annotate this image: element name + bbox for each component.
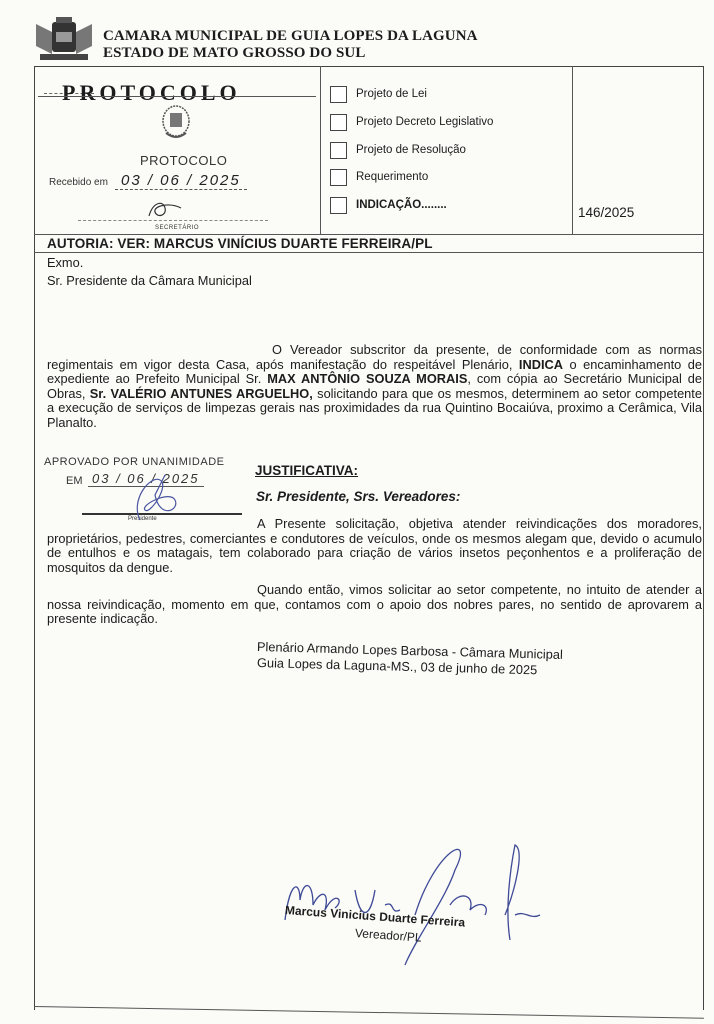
indication-paragraph: O Vereador subscritor da presente, de co… <box>47 343 702 431</box>
checkbox[interactable] <box>330 197 347 214</box>
justification-paragraph-2: Quando então, vimos solicitar ao setor c… <box>47 583 702 627</box>
addressee-line-2: Sr. Presidente da Câmara Municipal <box>47 274 252 289</box>
autoria: AUTORIA: VER: MARCUS VINÍCIUS DUARTE FER… <box>47 236 433 251</box>
checkbox[interactable] <box>330 86 347 103</box>
checkbox[interactable] <box>330 169 347 186</box>
emphasized-text: Sr. VALÉRIO ANTUNES ARGUELHO, <box>90 386 313 401</box>
header-line-1: CAMARA MUNICIPAL DE GUIA LOPES DA LAGUNA <box>103 28 478 45</box>
approval-em-label: EM <box>66 475 83 487</box>
protocol-label: PROTOCOLO <box>140 153 227 168</box>
divider-autoria-bottom <box>34 252 704 253</box>
header-line-2: ESTADO DE MATO GROSSO DO SUL <box>103 45 478 62</box>
emphasized-text: MAX ANTÔNIO SOUZA MORAIS <box>267 371 467 386</box>
divider-number <box>572 66 573 234</box>
document-type-option[interactable]: Projeto de Lei <box>330 83 427 105</box>
secretary-line <box>78 220 268 221</box>
received-label: Recebido em <box>49 177 108 188</box>
document-type-label: INDICAÇÃO........ <box>356 199 447 211</box>
president-line <box>82 513 242 515</box>
approval-stamp-text: APROVADO POR UNANIMIDADE <box>44 456 225 468</box>
document-type-label: Projeto Decreto Legislativo <box>356 116 493 128</box>
header-title: CAMARA MUNICIPAL DE GUIA LOPES DA LAGUNA… <box>103 28 478 62</box>
emphasized-text: INDICA <box>519 357 563 372</box>
secretary-label: SECRETÁRIO <box>155 225 199 231</box>
received-date: 03 / 06 / 2025 <box>115 172 247 190</box>
salutation: Sr. Presidente, Srs. Vereadores: <box>256 489 460 504</box>
document-type-label: Projeto de Lei <box>356 88 427 100</box>
document-type-option[interactable]: Projeto Decreto Legislativo <box>330 111 493 133</box>
document-type-option[interactable]: Projeto de Resolução <box>330 139 466 161</box>
justification-heading: JUSTIFICATIVA: <box>255 463 358 478</box>
approval-date: 03 / 06 / 2025 <box>88 471 204 487</box>
justification-paragraph-1: A Presente solicitação, objetiva atender… <box>47 517 702 575</box>
document-type-label: Requerimento <box>356 171 428 183</box>
document-type-label: Projeto de Resolução <box>356 144 466 156</box>
divider-protocol <box>320 66 321 234</box>
document-type-option[interactable]: INDICAÇÃO........ <box>330 194 447 216</box>
document-number: 146/2025 <box>578 205 634 220</box>
municipal-coat-of-arms-icon <box>34 14 94 62</box>
checkbox[interactable] <box>330 114 347 131</box>
divider-autoria-top <box>34 234 704 235</box>
document-type-option[interactable]: Requerimento <box>330 166 428 188</box>
addressee-line-1: Exmo. <box>47 256 83 271</box>
state-seal-icon <box>160 103 192 141</box>
checkbox[interactable] <box>330 142 347 159</box>
